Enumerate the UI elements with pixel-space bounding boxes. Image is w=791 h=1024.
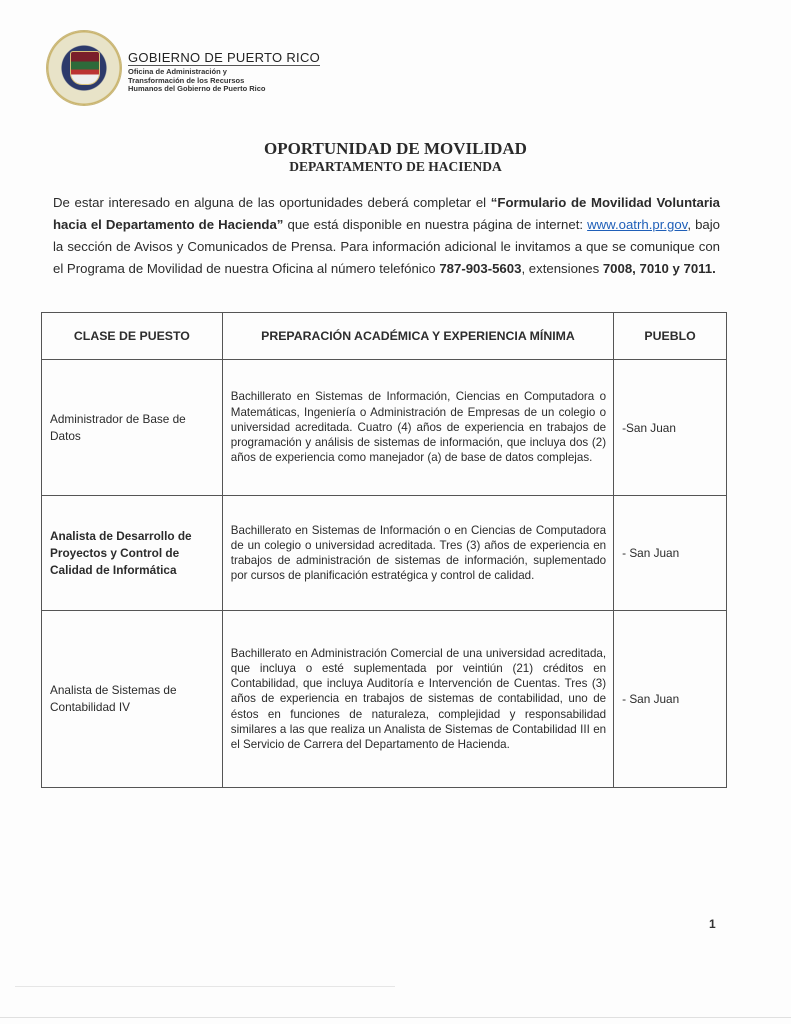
preparacion-cell: Bachillerato en Sistemas de Información,… xyxy=(222,360,613,496)
intro-text: , extensiones xyxy=(521,261,602,276)
preparacion-cell: Bachillerato en Sistemas de Información … xyxy=(222,496,613,611)
table-row: Analista de Desarrollo de Proyectos y Co… xyxy=(42,496,727,611)
document-page: GOBIERNO DE PUERTO RICO Oficina de Admin… xyxy=(0,0,791,1024)
preparacion-cell: Bachillerato en Administración Comercial… xyxy=(222,611,613,788)
coat-of-arms-icon xyxy=(70,51,100,85)
header-clase-de-puesto: CLASE DE PUESTO xyxy=(42,313,223,360)
job-opportunities-table: CLASE DE PUESTO PREPARACIÓN ACADÉMICA Y … xyxy=(41,312,727,788)
pueblo-cell: - San Juan xyxy=(614,496,727,611)
table-row: Analista de Sistemas de Contabilidad IV … xyxy=(42,611,727,788)
scan-artifact-line xyxy=(15,986,395,987)
header-preparacion: PREPARACIÓN ACADÉMICA Y EXPERIENCIA MÍNI… xyxy=(222,313,613,360)
table-row: Administrador de Base de Datos Bachiller… xyxy=(42,360,727,496)
page-number: 1 xyxy=(709,917,716,931)
office-name: Oficina de Administración y Transformaci… xyxy=(128,68,298,94)
puesto-cell: Analista de Desarrollo de Proyectos y Co… xyxy=(42,496,223,611)
document-subtitle: DEPARTAMENTO DE HACIENDA xyxy=(0,159,791,175)
page-bottom-edge xyxy=(0,1017,791,1018)
pueblo-cell: - San Juan xyxy=(614,611,727,788)
intro-paragraph: De estar interesado en alguna de las opo… xyxy=(53,192,720,280)
puerto-rico-seal-logo xyxy=(47,31,121,105)
office-line-3: Humanos del Gobierno de Puerto Rico xyxy=(128,85,298,94)
phone-extensions: 7008, 7010 y 7011. xyxy=(603,261,716,276)
document-title: OPORTUNIDAD DE MOVILIDAD xyxy=(0,139,791,159)
website-link[interactable]: www.oatrh.pr.gov xyxy=(587,217,687,232)
intro-text: De estar interesado en alguna de las opo… xyxy=(53,195,491,210)
table-header-row: CLASE DE PUESTO PREPARACIÓN ACADÉMICA Y … xyxy=(42,313,727,360)
pueblo-cell: -San Juan xyxy=(614,360,727,496)
intro-text: que está disponible en nuestra página de… xyxy=(283,217,587,232)
government-name: GOBIERNO DE PUERTO RICO xyxy=(128,50,320,66)
header-pueblo: PUEBLO xyxy=(614,313,727,360)
puesto-cell: Administrador de Base de Datos xyxy=(42,360,223,496)
phone-number: 787-903-5603 xyxy=(439,261,521,276)
puesto-cell: Analista de Sistemas de Contabilidad IV xyxy=(42,611,223,788)
